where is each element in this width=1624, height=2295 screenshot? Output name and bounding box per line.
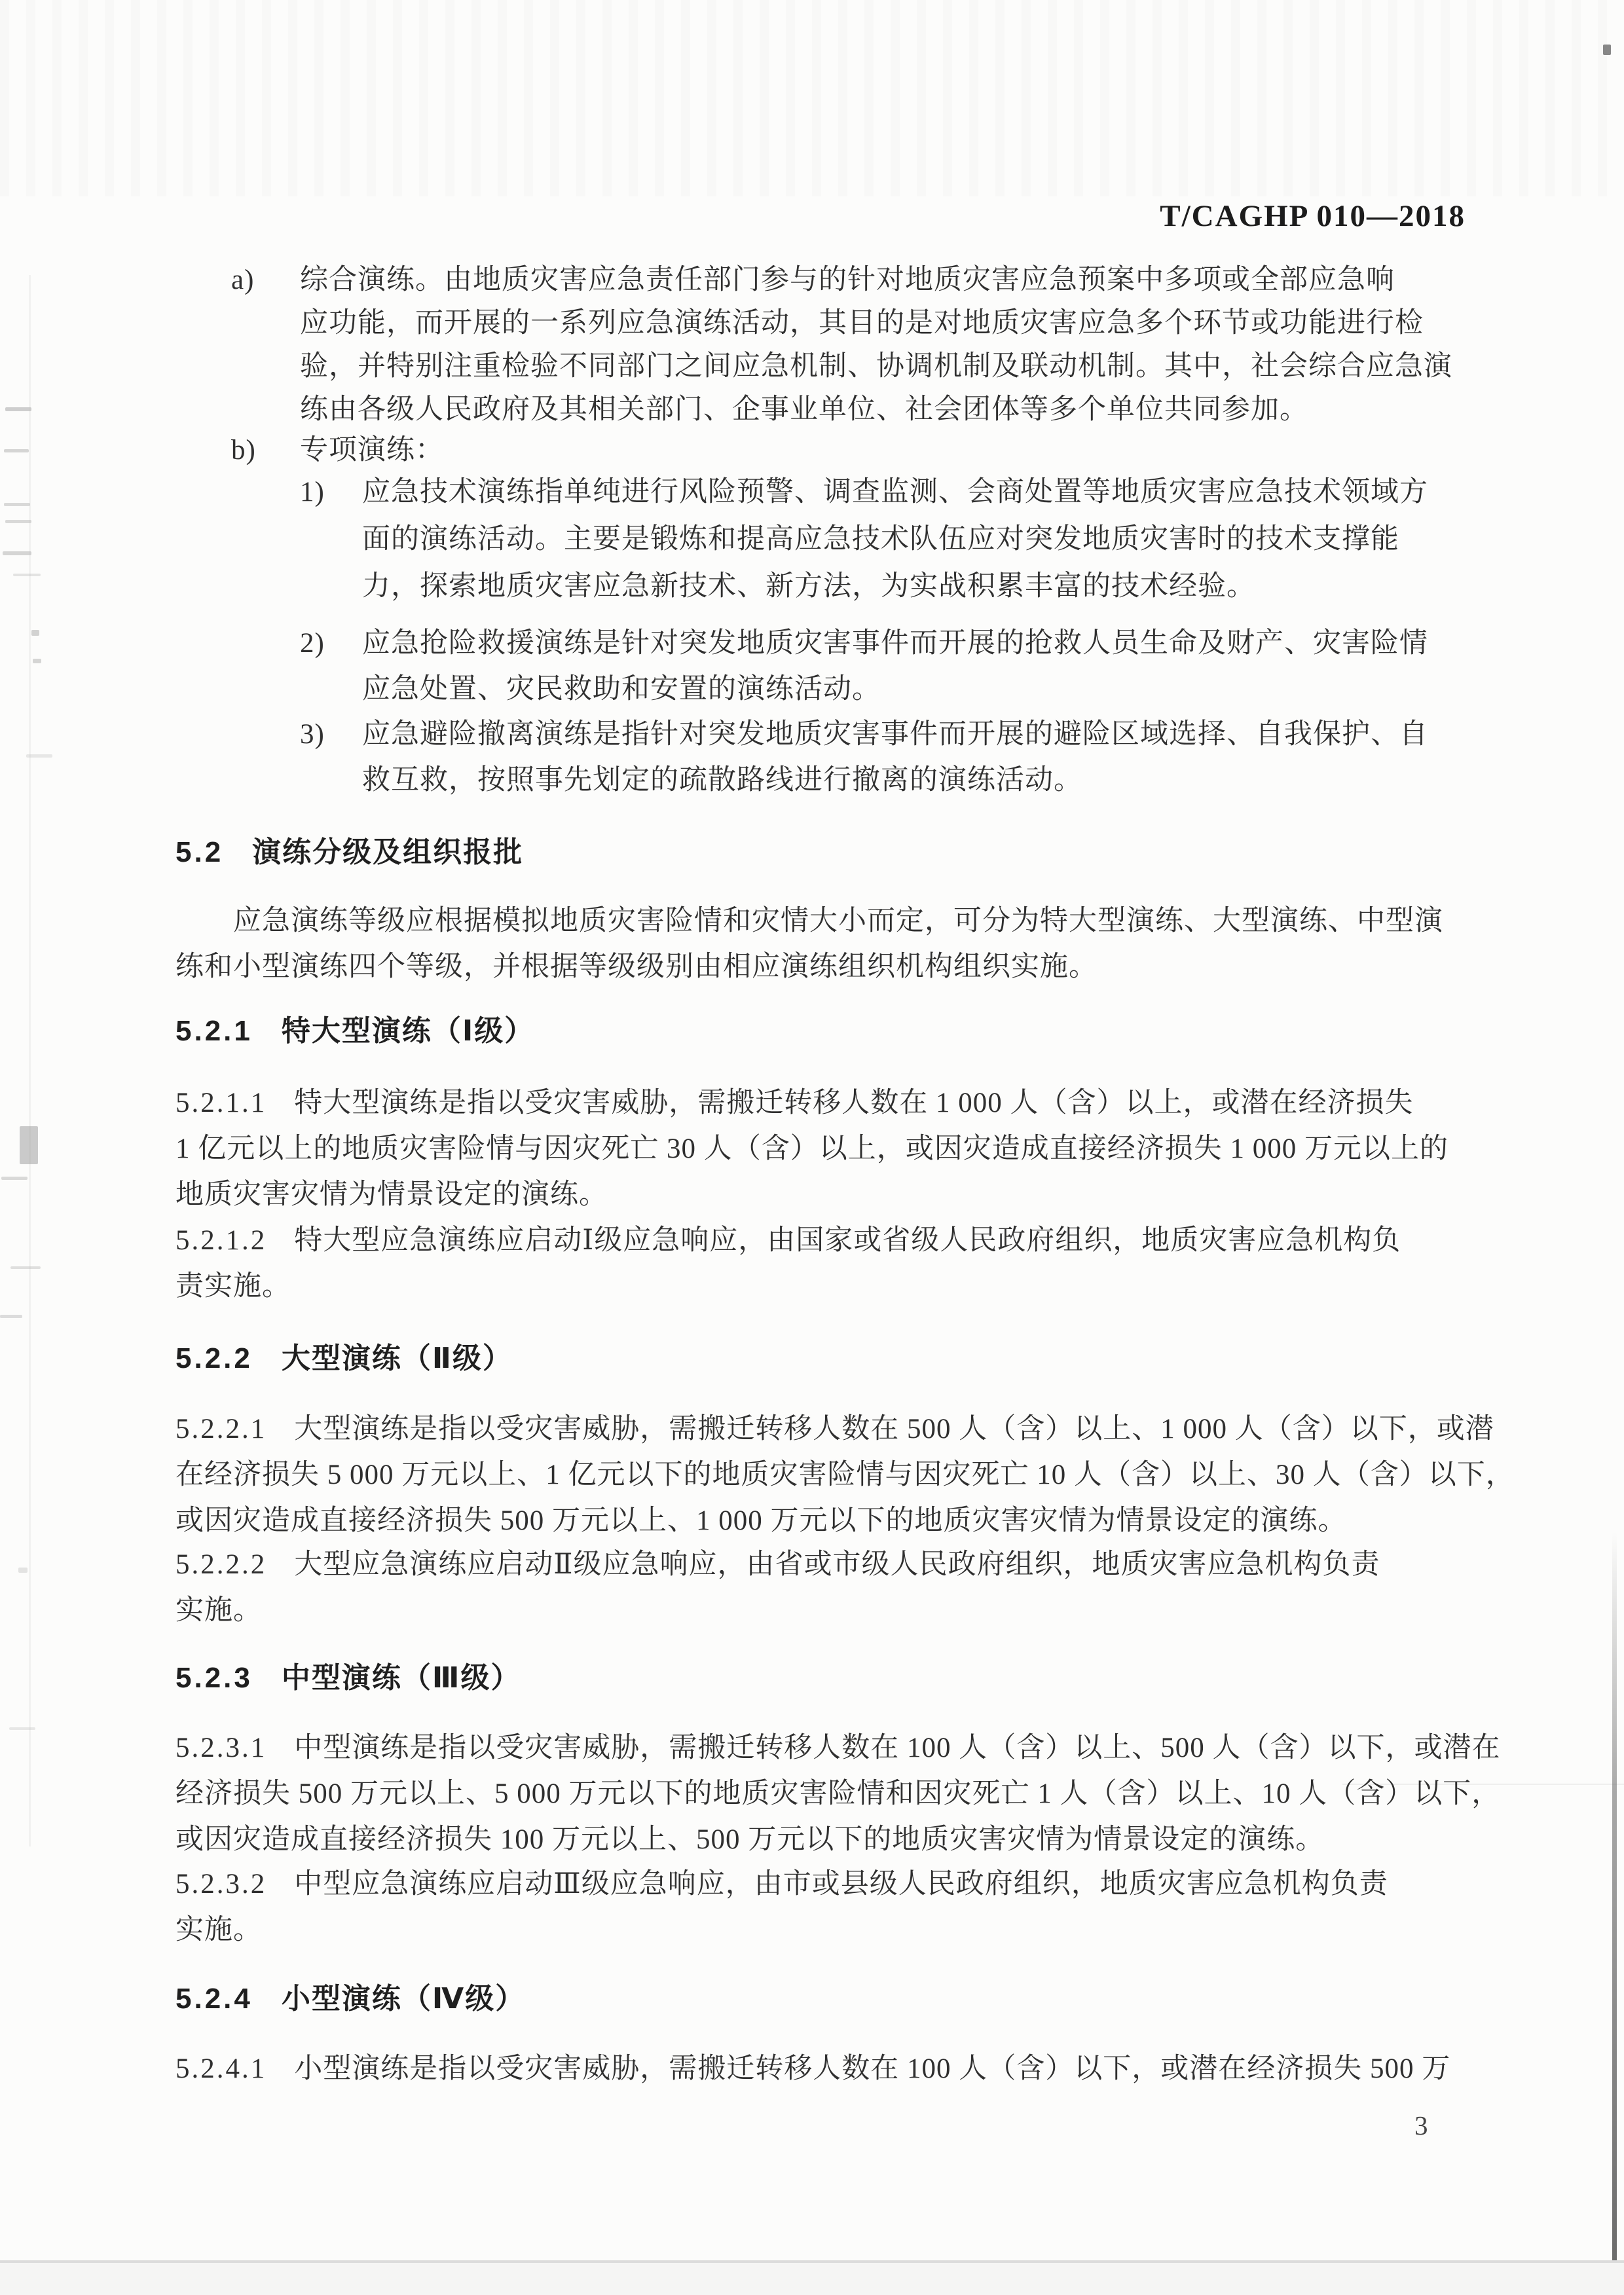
section-title: 小型演练（Ⅳ级） xyxy=(282,1983,525,2015)
section-title: 中型演练（Ⅲ级） xyxy=(282,1662,521,1694)
scanned-document-page: T/CAGHP 010—2018 a)综合演练。由地质灾害应急责任部门参与的针对… xyxy=(0,0,1624,2295)
clause-number: 5.2.4.1 xyxy=(175,2046,267,2092)
list-subitem-3-line: 救互救，按照事先划定的疏散路线进行撤离的演练活动。 xyxy=(300,758,1472,803)
scan-speck xyxy=(31,630,39,636)
clause-5-2-3-1: 5.2.3.1中型演练是指以受灾害威胁，需搬迁转移人数在 100 人（含）以上、… xyxy=(175,1725,1469,1863)
paragraph-line: 练和小型演练四个等级，并根据等级级别由相应演练组织机构组织实施。 xyxy=(175,944,1469,990)
clause-line: 5.2.2.1大型演练是指以受灾害威胁，需搬迁转移人数在 500 人（含）以上、… xyxy=(175,1406,1469,1452)
scan-mark xyxy=(13,574,41,576)
list-subitem-1-label: 1) xyxy=(300,469,362,516)
list-item-a-line: 验，并特别注重检验不同部门之间应急机制、协调机制及联动机制。其中，社会综合应急演 xyxy=(231,345,1469,388)
clause-line: 地质灾害灾情为情景设定的演练。 xyxy=(175,1172,1469,1218)
list-subitem-2-text: 应急抢险救援演练是针对突发地质灾害事件而开展的抢救人员生命及财产、灾害险情 xyxy=(362,628,1428,659)
list-item-a-line: 练由各级人民政府及其相关部门、企事业单位、社会团体等多个单位共同参加。 xyxy=(231,388,1469,431)
scan-smudge xyxy=(20,1126,38,1164)
list-subitem-2: 2)应急抢险救援演练是针对突发地质灾害事件而开展的抢救人员生命及财产、灾害险情 … xyxy=(300,621,1472,712)
list-item-b-text: 专项演练： xyxy=(300,435,444,466)
page-number: 3 xyxy=(1414,2110,1428,2141)
clause-number: 5.2.1.1 xyxy=(175,1080,267,1126)
list-item-a-line: a)综合演练。由地质灾害应急责任部门参与的针对地质灾害应急预案中多项或全部应急响 xyxy=(231,259,1469,302)
scan-speck xyxy=(1603,45,1611,55)
clause-line: 5.2.2.2大型应急演练应启动Ⅱ级应急响应，由省或市级人民政府组织，地质灾害应… xyxy=(175,1542,1469,1588)
scan-mark xyxy=(26,754,52,758)
scan-mark xyxy=(9,1727,35,1730)
clause-line: 1 亿元以上的地质灾害险情与因灾死亡 30 人（含）以上，或因灾造成直接经济损失… xyxy=(175,1126,1469,1172)
section-heading-5-2: 5.2演练分级及组织报批 xyxy=(175,830,523,875)
clause-5-2-2-1: 5.2.2.1大型演练是指以受灾害威胁，需搬迁转移人数在 500 人（含）以上、… xyxy=(175,1406,1469,1544)
section-heading-5-2-3: 5.2.3中型演练（Ⅲ级） xyxy=(175,1655,521,1701)
section-number: 5.2.2 xyxy=(175,1342,253,1374)
list-item-a-text: 综合演练。由地质灾害应急责任部门参与的针对地质灾害应急预案中多项或全部应急响 xyxy=(300,265,1395,295)
section-title: 演练分级及组织报批 xyxy=(252,836,523,868)
section-heading-5-2-4: 5.2.4小型演练（Ⅳ级） xyxy=(175,1976,525,2022)
list-subitem-1-line: 面的演练活动。主要是锻炼和提高应急技术队伍应对突发地质灾害时的技术支撑能 xyxy=(300,516,1472,563)
list-item-a: a)综合演练。由地质灾害应急责任部门参与的针对地质灾害应急预案中多项或全部应急响… xyxy=(231,259,1469,431)
clause-text: 大型应急演练应启动Ⅱ级应急响应，由省或市级人民政府组织，地质灾害应急机构负责 xyxy=(294,1549,1380,1580)
clause-number: 5.2.3.1 xyxy=(175,1725,267,1771)
section-number: 5.2.1 xyxy=(175,1015,253,1047)
scan-speck xyxy=(33,659,41,663)
list-subitem-1: 1)应急技术演练指单纯进行风险预警、调查监测、会商处置等地质灾害应急技术领域方 … xyxy=(300,469,1472,610)
scan-mark xyxy=(0,1315,22,1318)
clause-line: 5.2.1.2特大型应急演练应启动Ⅰ级应急响应，由国家或省级人民政府组织，地质灾… xyxy=(175,1218,1469,1264)
clause-line: 在经济损失 5 000 万元以上、1 亿元以下的地质灾害险情与因灾死亡 10 人… xyxy=(175,1452,1469,1498)
clause-5-2-1-2: 5.2.1.2特大型应急演练应启动Ⅰ级应急响应，由国家或省级人民政府组织，地质灾… xyxy=(175,1218,1469,1310)
scan-mark xyxy=(5,520,31,523)
clause-line: 或因灾造成直接经济损失 500 万元以上、1 000 万元以下的地质灾害灾情为情… xyxy=(175,1498,1469,1544)
clause-line: 5.2.3.2中型应急演练应启动Ⅲ级应急响应，由市或县级人民政府组织，地质灾害应… xyxy=(175,1862,1469,1907)
clause-number: 5.2.2.1 xyxy=(175,1406,267,1452)
clause-line: 5.2.3.1中型演练是指以受灾害威胁，需搬迁转移人数在 100 人（含）以上、… xyxy=(175,1725,1469,1771)
scan-texture xyxy=(0,0,1624,196)
scan-mark xyxy=(5,407,31,411)
section-heading-5-2-2: 5.2.2大型演练（Ⅱ级） xyxy=(175,1336,513,1382)
scan-mark xyxy=(1,1177,28,1180)
list-item-a-line: 应功能，而开展的一系列应急演练活动，其目的是对地质灾害应急多个环节或功能进行检 xyxy=(231,302,1469,345)
list-subitem-1-line: 力，探索地质灾害应急新技术、新方法，为实战积累丰富的技术经验。 xyxy=(300,563,1472,610)
clause-line: 实施。 xyxy=(175,1588,1469,1634)
section-title: 大型演练（Ⅱ级） xyxy=(282,1342,513,1374)
paper-edge-right xyxy=(1612,1532,1617,2272)
clause-number: 5.2.2.2 xyxy=(175,1542,267,1588)
scan-line xyxy=(1342,1784,1624,1785)
section-5-2-paragraph: 应急演练等级应根据模拟地质灾害险情和灾情大小而定，可分为特大型演练、大型演练、中… xyxy=(175,898,1469,990)
scan-speck xyxy=(18,1568,28,1573)
clause-5-2-1-1: 5.2.1.1特大型演练是指以受灾害威胁，需搬迁转移人数在 1 000 人（含）… xyxy=(175,1080,1469,1218)
clause-text: 大型演练是指以受灾害威胁，需搬迁转移人数在 500 人（含）以上、1 000 人… xyxy=(294,1414,1494,1444)
clause-text: 中型应急演练应启动Ⅲ级应急响应，由市或县级人民政府组织，地质灾害应急机构负责 xyxy=(294,1869,1388,1900)
list-subitem-3-text: 应急避险撤离演练是指针对突发地质灾害事件而开展的避险区域选择、自我保护、自 xyxy=(362,719,1428,750)
section-number: 5.2 xyxy=(175,836,223,868)
scan-mark xyxy=(4,503,30,506)
clause-number: 5.2.1.2 xyxy=(175,1218,267,1264)
clause-line: 经济损失 500 万元以上、5 000 万元以下的地质灾害险情和因灾死亡 1 人… xyxy=(175,1771,1469,1817)
section-title: 特大型演练（Ⅰ级） xyxy=(282,1015,534,1047)
section-number: 5.2.3 xyxy=(175,1662,253,1694)
list-subitem-3-line: 3)应急避险撤离演练是指针对突发地质灾害事件而开展的避险区域选择、自我保护、自 xyxy=(300,712,1472,758)
scan-mark xyxy=(4,449,29,452)
list-subitem-1-line: 1)应急技术演练指单纯进行风险预警、调查监测、会商处置等地质灾害应急技术领域方 xyxy=(300,469,1472,516)
clause-text: 中型演练是指以受灾害威胁，需搬迁转移人数在 100 人（含）以上、500 人（含… xyxy=(294,1733,1500,1763)
list-subitem-1-text: 应急技术演练指单纯进行风险预警、调查监测、会商处置等地质灾害应急技术领域方 xyxy=(362,477,1428,507)
list-item-b-label: b) xyxy=(231,428,300,473)
list-subitem-2-line: 2)应急抢险救援演练是针对突发地质灾害事件而开展的抢救人员生命及财产、灾害险情 xyxy=(300,621,1472,667)
clause-5-2-3-2: 5.2.3.2中型应急演练应启动Ⅲ级应急响应，由市或县级人民政府组织，地质灾害应… xyxy=(175,1862,1469,1953)
clause-text: 小型演练是指以受灾害威胁，需搬迁转移人数在 100 人（含）以下，或潜在经济损失… xyxy=(294,2053,1450,2084)
paragraph-line: 应急演练等级应根据模拟地质灾害险情和灾情大小而定，可分为特大型演练、大型演练、中… xyxy=(175,898,1469,944)
list-subitem-3-label: 3) xyxy=(300,712,362,758)
list-subitem-2-line: 应急处置、灾民救助和安置的演练活动。 xyxy=(300,667,1472,712)
list-subitem-3: 3)应急避险撤离演练是指针对突发地质灾害事件而开展的避险区域选择、自我保护、自 … xyxy=(300,712,1472,803)
list-item-b-line: b)专项演练： xyxy=(231,428,1469,473)
clause-line: 责实施。 xyxy=(175,1264,1469,1310)
paper-edge-shadow xyxy=(0,2263,1624,2295)
clause-line: 或因灾造成直接经济损失 100 万元以上、500 万元以下的地质灾害灾情为情景设… xyxy=(175,1817,1469,1863)
clause-number: 5.2.3.2 xyxy=(175,1862,267,1907)
clause-5-2-4-1: 5.2.4.1小型演练是指以受灾害威胁，需搬迁转移人数在 100 人（含）以下，… xyxy=(175,2046,1469,2092)
clause-line: 实施。 xyxy=(175,1907,1469,1953)
document-code-header: T/CAGHP 010—2018 xyxy=(0,198,1466,234)
clause-5-2-2-2: 5.2.2.2大型应急演练应启动Ⅱ级应急响应，由省或市级人民政府组织，地质灾害应… xyxy=(175,1542,1469,1634)
clause-line: 5.2.1.1特大型演练是指以受灾害威胁，需搬迁转移人数在 1 000 人（含）… xyxy=(175,1080,1469,1126)
list-subitem-2-label: 2) xyxy=(300,621,362,667)
scan-mark xyxy=(3,551,31,555)
clause-text: 特大型演练是指以受灾害威胁，需搬迁转移人数在 1 000 人（含）以上，或潜在经… xyxy=(294,1088,1413,1118)
clause-text: 特大型应急演练应启动Ⅰ级应急响应，由国家或省级人民政府组织，地质灾害应急机构负 xyxy=(294,1225,1401,1256)
section-heading-5-2-1: 5.2.1特大型演练（Ⅰ级） xyxy=(175,1008,534,1054)
scan-mark xyxy=(10,1266,41,1269)
list-item-a-label: a) xyxy=(231,259,300,302)
list-item-b: b)专项演练： xyxy=(231,428,1469,473)
section-number: 5.2.4 xyxy=(175,1983,253,2015)
clause-line: 5.2.4.1小型演练是指以受灾害威胁，需搬迁转移人数在 100 人（含）以下，… xyxy=(175,2046,1469,2092)
scan-streak xyxy=(29,275,31,1846)
